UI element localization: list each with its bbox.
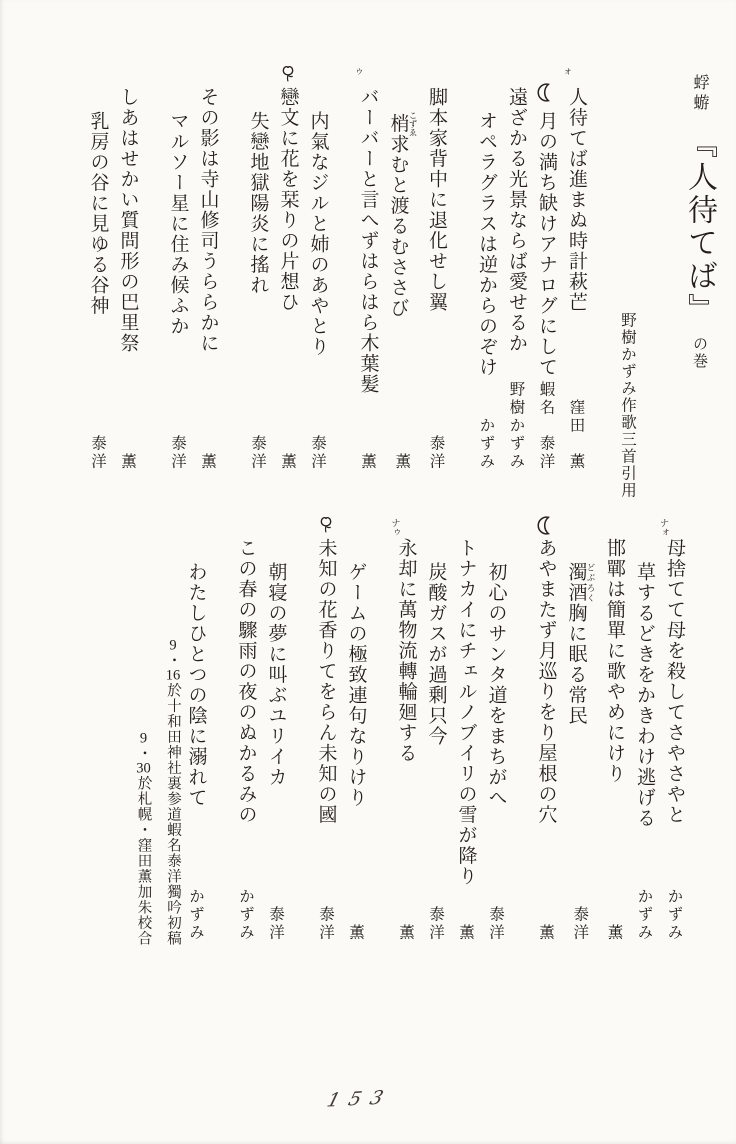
verse-author: 蝦名 泰洋 <box>537 381 554 471</box>
text-segment: 於十和田神社裏参道蝦名泰洋獨吟初稿 <box>165 683 181 947</box>
renku-sheet-mark: ナォ <box>657 518 667 537</box>
renku-sheet-mark: ォ <box>559 67 569 77</box>
verse-column: マルソー星に住み候ふか泰洋 <box>166 87 190 487</box>
verse-text: バーバーと言へずはらはら木葉髪 <box>356 87 380 487</box>
verse-column: 梢こずゑ求むと渡るむささび薫 <box>386 87 419 487</box>
verse-author: かずみ <box>477 417 494 471</box>
text-segment: 母捨てて母を殺してさやさやと <box>664 538 685 825</box>
title-block: 蜉蝣 『人待てば』 の巻 <box>682 74 717 370</box>
verse-author: かずみ <box>187 888 204 942</box>
text-segment: マルソー星に住み候ふか <box>168 111 189 337</box>
verse-column: ォ人待てば進まぬ時計萩芒窪田 薫 <box>564 87 588 487</box>
verse-author: 泰洋 <box>317 906 334 942</box>
verse-text: 内氣なジルと姉のあやとり <box>306 87 330 487</box>
text-segment: 失戀地獄陽炎に搖れ <box>248 111 269 296</box>
verse-author: 薫 <box>393 453 410 471</box>
colophon: 9・16於十和田神社裏参道蝦名泰洋獨吟初稿9・30於札幌・窪田薫加朱校合 <box>123 628 182 946</box>
verse-text: しあはせかい質問形の巴里祭 <box>116 87 140 487</box>
verse-text: 未知の花香りてをらん未知の國 <box>314 538 338 958</box>
tatechuyoko-number: 16 <box>165 668 181 683</box>
text-segment: わたしひとつの陰に溺れて <box>186 562 207 808</box>
colophon-line: 9・16於十和田神社裏参道蝦名泰洋獨吟初稿 <box>162 628 182 946</box>
renku-sheet-mark: ゥ <box>351 67 361 77</box>
verse-column: ゥバーバーと言へずはらはら木葉髪薫 <box>356 87 380 487</box>
verse-column: 草するどきをかきわけ逃げるかずみ <box>632 538 656 958</box>
page-title: 『人待てば』 <box>683 128 716 326</box>
verse-author: 薫 <box>457 924 474 942</box>
renku-sheet-mark: ナゥ <box>389 518 399 537</box>
verse-text: 朝寝の夢に叫ぶユリイカ <box>264 538 288 958</box>
verse-author: 泰洋 <box>309 435 326 471</box>
tatechuyoko-number: 9 <box>165 638 181 653</box>
verse-author: 泰洋 <box>571 906 588 942</box>
verse-author: 泰洋 <box>427 435 444 471</box>
ruby-annotated-word: 濁酒どぶろく <box>566 562 587 603</box>
verse-text: 濁酒どぶろく胸に眠る常民 <box>564 538 597 958</box>
verse-column: 戀文に花を栞りの片想ひ薫 <box>276 87 300 487</box>
text-segment: トナカイにチェルノブイリの雪が降り <box>456 538 477 887</box>
verse-column: 未知の花香りてをらん未知の國泰洋 <box>314 538 338 958</box>
verse-column: この春の驟雨の夜のぬかるみのかずみ <box>234 538 258 958</box>
text-segment: 朝寝の夢に叫ぶユリイカ <box>266 562 287 788</box>
verse-author: 泰洋 <box>249 435 266 471</box>
verse-author: 薫 <box>359 453 376 471</box>
verse-column: 脚本家背中に退化せし翼泰洋 <box>424 87 448 487</box>
moon-symbol-icon <box>536 516 555 535</box>
tatechuyoko-number: 9 <box>135 731 151 746</box>
verse-column: あやまたず月巡りをり屋根の穴薫 <box>534 538 558 958</box>
verse-column: 乳房の谷に見ゆる谷神泰洋 <box>86 87 110 487</box>
verse-author: かずみ <box>237 888 254 942</box>
text-segment: 胸に眠る常民 <box>566 603 587 726</box>
verse-author: 泰洋 <box>169 435 186 471</box>
verse-column: 月の満ち缺けアナログにして蝦名 泰洋 <box>534 87 558 487</box>
subtitle-attribution: 野樹かずみ作歌三首引用 <box>617 312 636 499</box>
verses-section-back: ナォ母捨てて母を殺してさやさやとかずみ草するどきをかきわけ逃げるかずみ邯鄲は簡單… <box>178 538 687 958</box>
verse-text: 初心のサンタ道をまちがへ <box>484 538 508 958</box>
verse-column: その影は寺山修司うららかに薫 <box>196 87 220 487</box>
text-segment: 乳房の谷に見ゆる谷神 <box>88 111 109 316</box>
moon-symbol-icon <box>537 83 556 102</box>
text-segment: 求むと渡るむささび <box>388 134 409 319</box>
verse-column: ナォ母捨てて母を殺してさやさやとかずみ <box>662 538 686 958</box>
text-segment: 未知の花香りてをらん未知の國 <box>316 538 337 825</box>
text-segment: 遠ざかる光景ならば愛せるか <box>506 87 527 354</box>
flower-symbol-icon <box>279 65 297 83</box>
text-segment: バーバーと言へずはらはら木葉髪 <box>358 87 379 395</box>
verse-text: あやまたず月巡りをり屋根の穴 <box>534 538 558 958</box>
text-segment: 戀文に花を栞りの片想ひ <box>278 87 299 313</box>
text-segment: 脚本家背中に退化せし翼 <box>426 87 447 313</box>
scanned-renku-page: 蜉蝣 『人待てば』 の巻 野樹かずみ作歌三首引用 ォ人待てば進まぬ時計萩芒窪田 … <box>0 0 736 1144</box>
verse-column: トナカイにチェルノブイリの雪が降り薫 <box>454 538 478 958</box>
verse-text: トナカイにチェルノブイリの雪が降り <box>454 538 478 958</box>
verse-text: 乳房の谷に見ゆる谷神 <box>86 87 110 487</box>
verse-author: 泰洋 <box>89 435 106 471</box>
text-segment: 内氣なジルと姉のあやとり <box>308 111 329 357</box>
verse-column: 濁酒どぶろく胸に眠る常民泰洋 <box>564 538 597 958</box>
text-segment: あやまたず月巡りをり屋根の穴 <box>536 538 557 825</box>
verse-column: 朝寝の夢に叫ぶユリイカ泰洋 <box>264 538 288 958</box>
verse-column: ナゥ永却に萬物流轉輪廻する薫 <box>394 538 418 958</box>
verse-column: しあはせかい質問形の巴里祭薫 <box>116 87 140 487</box>
text-segment: ゲームの極致連句なりけり <box>346 562 367 808</box>
verse-author: 泰洋 <box>427 906 444 942</box>
colophon-line: 9・30於札幌・窪田薫加朱校合 <box>133 628 153 946</box>
verse-text: 戀文に花を栞りの片想ひ <box>276 87 300 487</box>
verse-column: ゲームの極致連句なりけり薫 <box>344 538 368 958</box>
series-name: 蜉蝣 <box>691 74 708 114</box>
verse-text: 梢こずゑ求むと渡るむささび <box>386 87 419 487</box>
verse-column: 内氣なジルと姉のあやとり泰洋 <box>306 87 330 487</box>
verse-author: 薫 <box>279 453 296 471</box>
verse-text: ゲームの極致連句なりけり <box>344 538 368 958</box>
verse-column: オペラグラスは逆からのぞけかずみ <box>474 87 498 487</box>
verse-column: 炭酸ガスが過剰只今泰洋 <box>424 538 448 958</box>
verse-author: 薫 <box>199 453 216 471</box>
text-segment: しあはせかい質問形の巴里祭 <box>118 87 139 354</box>
verse-text: 邯鄲は簡單に歌やめにけり <box>602 538 626 958</box>
tatechuyoko-number: 30 <box>135 761 151 776</box>
page-number: 153 <box>325 1086 395 1111</box>
text-segment: 永却に萬物流轉輪廻する <box>396 538 417 764</box>
verse-author: 窪田 薫 <box>567 399 584 471</box>
text-segment: 人待てば進まぬ時計萩芒 <box>566 87 587 313</box>
verse-author: 薫 <box>119 453 136 471</box>
verse-author: かずみ <box>635 888 652 942</box>
text-segment: 於札幌・窪田薫加朱校合 <box>135 776 151 947</box>
verse-text: マルソー星に住み候ふか <box>166 87 190 487</box>
title-suffix: の巻 <box>691 336 707 370</box>
verse-author: 泰洋 <box>267 906 284 942</box>
text-segment: 月の満ち缺けアナログにして <box>536 111 557 378</box>
verse-author: かずみ <box>665 888 682 942</box>
verse-text: 永却に萬物流轉輪廻する <box>394 538 418 958</box>
verse-column: 初心のサンタ道をまちがへ泰洋 <box>484 538 508 958</box>
verse-author: 泰洋 <box>487 906 504 942</box>
text-segment: その影は寺山修司うららかに <box>198 87 219 354</box>
verse-text: 炭酸ガスが過剰只今 <box>424 538 448 958</box>
verse-text: その影は寺山修司うららかに <box>196 87 220 487</box>
text-segment: 邯鄲は簡單に歌やめにけり <box>604 538 625 784</box>
verse-text: 脚本家背中に退化せし翼 <box>424 87 448 487</box>
verse-text: 失戀地獄陽炎に搖れ <box>246 87 270 487</box>
text-segment: オペラグラスは逆からのぞけ <box>476 111 497 378</box>
verse-author: 薫 <box>537 924 554 942</box>
text-segment: ・ <box>165 653 181 669</box>
text-segment: この春の驟雨の夜のぬかるみの <box>236 538 257 825</box>
verse-author: 薫 <box>347 924 364 942</box>
ruby-annotated-word: 梢こずゑ <box>388 111 409 134</box>
text-segment: 炭酸ガスが過剰只今 <box>426 562 447 747</box>
verse-author: 薫 <box>397 924 414 942</box>
verse-author: 野樹かずみ <box>507 381 524 471</box>
flower-symbol-icon <box>317 516 335 534</box>
text-segment: 初心のサンタ道をまちがへ <box>486 562 507 808</box>
text-segment: 草するどきをかきわけ逃げる <box>634 562 655 829</box>
text-segment: ・ <box>135 746 151 762</box>
verse-column: 邯鄲は簡單に歌やめにけり薫 <box>602 538 626 958</box>
verses-section-front: ォ人待てば進まぬ時計萩芒窪田 薫月の満ち缺けアナログにして蝦名 泰洋遠ざかる光景… <box>80 87 589 487</box>
verse-column: 失戀地獄陽炎に搖れ泰洋 <box>246 87 270 487</box>
verse-column: 遠ざかる光景ならば愛せるか野樹かずみ <box>504 87 528 487</box>
verse-column: わたしひとつの陰に溺れてかずみ <box>184 538 208 958</box>
verse-author: 薫 <box>605 924 622 942</box>
